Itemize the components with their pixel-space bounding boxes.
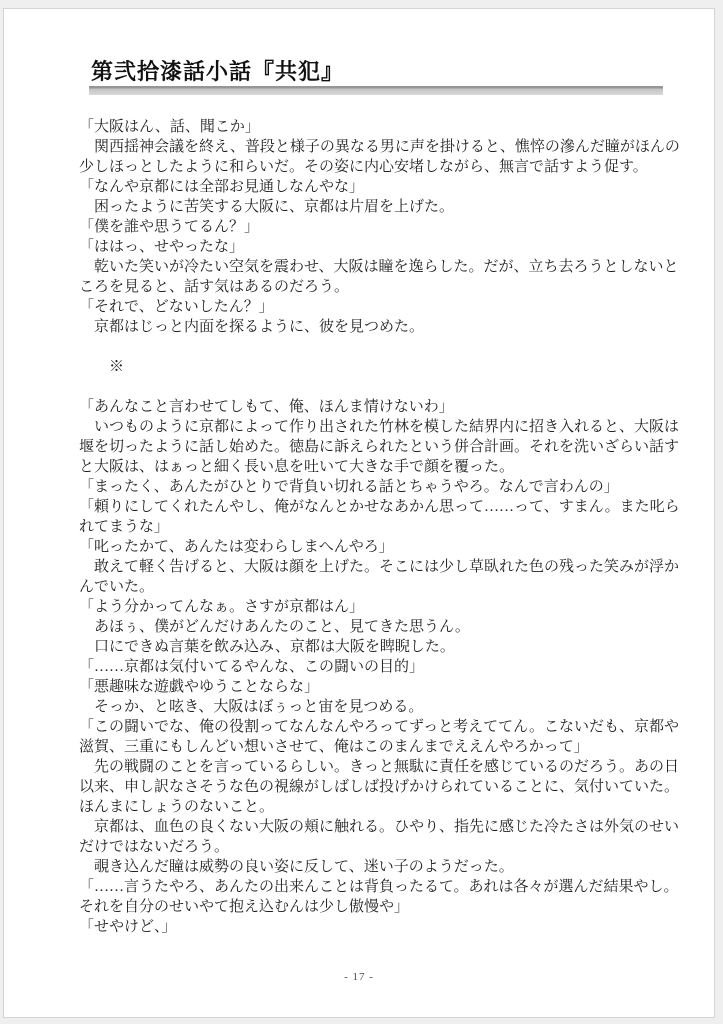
text-line: れてまうな」 (79, 517, 665, 537)
text-line: 「あんなこと言わせてしもて、俺、ほんま情けないわ」 (79, 397, 665, 417)
text-line: んでいた。 (79, 577, 665, 597)
text-line: ほんまにしょうのないこと。 (79, 797, 665, 817)
text-line: だけではないだろう。 (79, 837, 665, 857)
text-line: ※ (79, 357, 665, 377)
text-line: 「僕を誰や思うてるん？」 (79, 217, 665, 237)
text-line: 堰を切ったように話し始めた。徳島に訴えられたという併合計画。それを洗いざらい話す (79, 437, 665, 457)
text-line: 「叱ったかて、あんたは変わらしまへんやろ」 (79, 537, 665, 557)
text-line: 「よう分かってんなぁ。さすが京都はん」 (79, 597, 665, 617)
text-line: 「悪趣味な遊戯やゆうことならな」 (79, 677, 665, 697)
page-number: - 17 - (4, 971, 714, 983)
text-line: 「この闘いでな、俺の役割ってなんなんやろってずっと考えててん。こないだも、京都や (79, 717, 665, 737)
text-line: いつものように京都によって作り出された竹林を模した結界内に招き入れると、大阪は (79, 417, 665, 437)
text-line: 滋賀、三重にもしんどい想いさせて、俺はこのまんまでええんやろかって」 (79, 737, 665, 757)
text-line: 「大阪はん、話、聞こか」 (79, 117, 665, 137)
text-line: 京都は、血色の良くない大阪の頬に触れる。ひやり、指先に感じた冷たさは外気のせい (79, 817, 665, 837)
text-line: 「それで、どないしたん？」 (79, 297, 665, 317)
text-line: 「ははっ、せやったな」 (79, 237, 665, 257)
text-line: 関西揺神会議を終え、普段と様子の異なる男に声を掛けると、憔悴の滲んだ瞳がほんの (79, 137, 665, 157)
text-line: 以来、申し訳なさそうな色の視線がしばしば投げかけられていることに、気付いていた。 (79, 777, 665, 797)
text-line: それを自分のせいやて抱え込むんは少し傲慢や」 (79, 897, 665, 917)
text-line: 少しほっとしたように和らいだ。その姿に内心安堵しながら、無言で話すよう促す。 (79, 157, 665, 177)
text-line: 乾いた笑いが冷たい空気を震わせ、大阪は瞳を逸らした。だが、立ち去ろうとしないと (79, 257, 665, 277)
document-canvas: { "page": { "title": "第弐拾漆話小話『共犯』", "foo… (0, 0, 723, 1024)
text-line: 先の戦闘のことを言っているらしい。きっと無駄に責任を感じているのだろう。あの日 (79, 757, 665, 777)
text-line: 「……京都は気付いてるやんな、この闘いの目的」 (79, 657, 665, 677)
text-line (79, 337, 665, 357)
text-line: ころを見ると、話す気はあるのだろう。 (79, 277, 665, 297)
text-line: 口にできぬ言葉を飲み込み、京都は大阪を睥睨した。 (79, 637, 665, 657)
text-line: 「頼りにしてくれたんやし、俺がなんとかせなあかん思って……って、すまん。また叱ら (79, 497, 665, 517)
text-line: あほぅ、僕がどんだけあんたのこと、見てきた思うん。 (79, 617, 665, 637)
text-line: と大阪は、はぁっと細く長い息を吐いて大きな手で顔を覆った。 (79, 457, 665, 477)
text-line: 「……言うたやろ、あんたの出来んことは背負ったるて。あれは各々が選んだ結果やし。 (79, 877, 665, 897)
text-line: 京都はじっと内面を探るように、彼を見つめた。 (79, 317, 665, 337)
text-line: 覗き込んだ瞳は威勢の良い姿に反して、迷い子のようだった。 (79, 857, 665, 877)
text-line: 「まったく、あんたがひとりで背負い切れる話とちゃうやろ。なんで言わんの」 (79, 477, 665, 497)
text-line: 敢えて軽く告げると、大阪は顔を上げた。そこには少し草臥れた色の残った笑みが浮か (79, 557, 665, 577)
text-line: 「なんや京都には全部お見通しなんやな」 (79, 177, 665, 197)
title-underline-bar (89, 86, 663, 95)
text-line: 「せやけど、」 (79, 917, 665, 937)
text-line: そっか、と呟き、大阪はぼぅっと宙を見つめる。 (79, 697, 665, 717)
text-line (79, 377, 665, 397)
page-title: 第弐拾漆話小話『共犯』 (91, 55, 344, 86)
document-page: 第弐拾漆話小話『共犯』 「大阪はん、話、聞こか」 関西揺神会議を終え、普段と様子… (3, 8, 715, 1018)
text-line: 困ったように苦笑する大阪に、京都は片眉を上げた。 (79, 197, 665, 217)
story-text-block: 「大阪はん、話、聞こか」 関西揺神会議を終え、普段と様子の異なる男に声を掛けると… (79, 117, 665, 937)
